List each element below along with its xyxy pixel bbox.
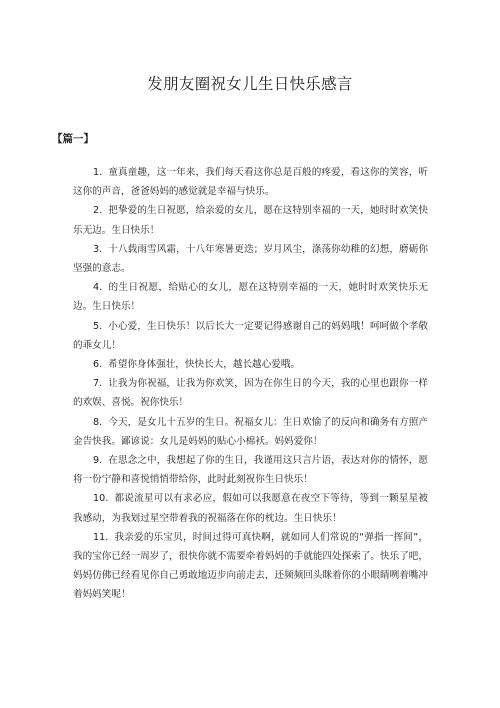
document-title: 发朋友圈祝女儿生日快乐感言 [0,72,500,94]
paragraph-text: 在思念之中，我想起了你的生日，我谨用这只言片语，表达对你的情怀，愿将一份宁静和喜… [73,455,428,485]
paragraph-text: 十八载雨雪风霜，十八年寒暑更迭；岁月风尘，涤荡你幼稚的幻想，磨砺你坚强的意志。 [73,244,428,274]
paragraph-number: 5. [93,321,102,332]
paragraph-text: 我亲爱的乐宝贝，时间过得可真快啊，就如同人们常说的“弹指一挥间”，我的宝你已经一… [73,532,428,601]
paragraph-text: 童真童趣，这一年来，我们每天看这你总是百般的疼爱，看这你的笑容，听这你的声音，爸… [73,167,428,197]
paragraph-5: 5.小心爱，生日快乐！以后长大一定要记得感谢自己的妈妈哦！呵呵做个孝敬的乖女儿！ [73,317,428,355]
paragraph-text: 小心爱，生日快乐！以后长大一定要记得感谢自己的妈妈哦！呵呵做个孝敬的乖女儿！ [73,321,428,351]
paragraph-number: 9. [93,455,102,466]
paragraph-number: 8. [93,417,102,428]
paragraph-number: 7. [93,378,102,389]
paragraph-7: 7.让我为你祝福，让我为你欢笑，因为在你生日的今天，我的心里也跟你一样的欢娱、喜… [73,374,428,412]
document-body: 1.童真童趣，这一年来，我们每天看这你总是百般的疼爱，看这你的笑容，听这你的声音… [73,163,428,605]
section-heading: 【篇一】 [52,131,94,146]
paragraph-number: 11. [93,532,108,543]
paragraph-number: 3. [93,244,102,255]
paragraph-11: 11.我亲爱的乐宝贝，时间过得可真快啊，就如同人们常说的“弹指一挥间”，我的宝你… [73,528,428,605]
paragraph-2: 2.把挚爱的生日祝愿，给亲爱的女儿，愿在这特别幸福的一天，她时时欢笑快乐无边。生… [73,201,428,239]
paragraph-text: 今天，是女儿十五岁的生日。祝福女儿：生日欢愉了的反向和确务有方照产金告快我。鄙谚… [73,417,428,447]
paragraph-10: 10.都说流星可以有求必应，假如可以我愿意在夜空下等待，等到一颗星星被我感动，为… [73,489,428,527]
paragraph-8: 8.今天，是女儿十五岁的生日。祝福女儿：生日欢愉了的反向和确务有方照产金告快我。… [73,413,428,451]
paragraph-4: 4.的生日祝愿，给贴心的女儿，愿在这特别幸福的一天，她时时欢笑快乐无边。生日快乐… [73,278,428,316]
paragraph-number: 6. [93,359,102,370]
paragraph-text: 希望你身体强壮，快快长大，越长越心爱哦。 [108,359,300,370]
paragraph-text: 都说流星可以有求必应，假如可以我愿意在夜空下等待，等到一颗星星被我感动，为我划过… [73,493,428,523]
document-page: 发朋友圈祝女儿生日快乐感言 【篇一】 1.童真童趣，这一年来，我们每天看这你总是… [0,0,500,708]
paragraph-number: 4. [93,282,102,293]
paragraph-6: 6.希望你身体强壮，快快长大，越长越心爱哦。 [73,355,428,374]
paragraph-number: 1. [93,167,102,178]
paragraph-1: 1.童真童趣，这一年来，我们每天看这你总是百般的疼爱，看这你的笑容，听这你的声音… [73,163,428,201]
paragraph-9: 9.在思念之中，我想起了你的生日，我谨用这只言片语，表达对你的情怀，愿将一份宁静… [73,451,428,489]
paragraph-number: 2. [93,205,102,216]
paragraph-text: 把挚爱的生日祝愿，给亲爱的女儿，愿在这特别幸福的一天，她时时欢笑快乐无边。生日快… [73,205,428,235]
paragraph-text: 的生日祝愿，给贴心的女儿，愿在这特别幸福的一天，她时时欢笑快乐无边。生日快乐！ [73,282,428,312]
paragraph-text: 让我为你祝福，让我为你欢笑，因为在你生日的今天，我的心里也跟你一样的欢娱、喜悦。… [73,378,428,408]
paragraph-3: 3.十八载雨雪风霜，十八年寒暑更迭；岁月风尘，涤荡你幼稚的幻想，磨砺你坚强的意志… [73,240,428,278]
paragraph-number: 10. [93,493,108,504]
